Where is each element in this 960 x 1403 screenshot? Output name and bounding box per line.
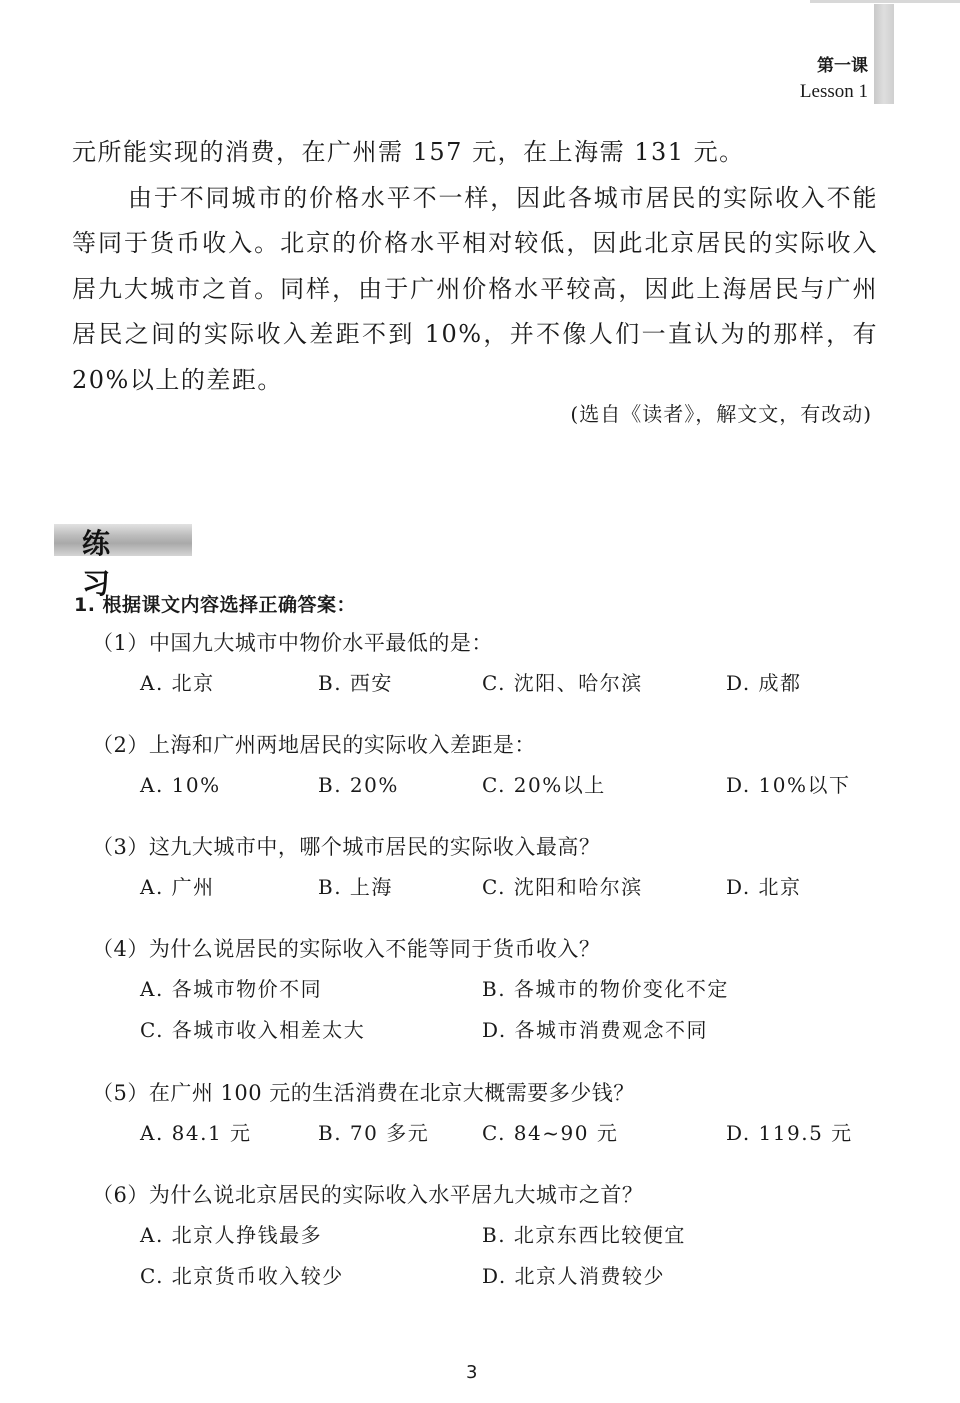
question-stem: （5）在广州 100 元的生活消费在北京大概需要多少钱？ (92, 1078, 882, 1108)
option-list: A. 84.1 元 B. 70 多元 C. 84~90 元 D. 119.5 元 (92, 1108, 882, 1148)
passage-paragraph: 由于不同城市的价格水平不一样，因此各城市居民的实际收入不能等同于货币收入。北京的… (72, 176, 878, 404)
option-a[interactable]: A. 北京 (140, 668, 215, 698)
source-citation: (选自《读者》，解文文，有改动) (570, 398, 872, 427)
top-edge-rule (810, 0, 960, 3)
option-b[interactable]: B. 上海 (318, 872, 393, 902)
option-list: A. 北京 B. 西安 C. 沈阳、哈尔滨 D. 成都 (92, 658, 882, 698)
question-stem: （1）中国九大城市中物价水平最低的是： (92, 628, 882, 658)
option-c[interactable]: C. 84~90 元 (482, 1118, 618, 1148)
option-a[interactable]: A. 广州 (140, 872, 215, 902)
exercise-section-heading: 练习 (54, 524, 192, 556)
option-d[interactable]: D. 北京人消费较少 (482, 1261, 665, 1291)
option-d[interactable]: D. 119.5 元 (726, 1118, 853, 1148)
question-1: （1）中国九大城市中物价水平最低的是： A. 北京 B. 西安 C. 沈阳、哈尔… (92, 628, 882, 698)
passage-paragraph: 元所能实现的消费，在广州需 157 元，在上海需 131 元。 (72, 130, 878, 176)
question-6: （6）为什么说北京居民的实际收入水平居九大城市之首？ A. 北京人挣钱最多 B.… (92, 1180, 882, 1290)
option-d[interactable]: D. 各城市消费观念不同 (482, 1015, 708, 1045)
option-c[interactable]: C. 沈阳和哈尔滨 (482, 872, 643, 902)
option-list: A. 广州 B. 上海 C. 沈阳和哈尔滨 D. 北京 (92, 862, 882, 902)
option-a[interactable]: A. 北京人挣钱最多 (140, 1220, 322, 1250)
option-c[interactable]: C. 20%以上 (482, 770, 606, 800)
option-b[interactable]: B. 70 多元 (318, 1118, 429, 1148)
exercise-instruction: 1. 根据课文内容选择正确答案： (74, 590, 356, 617)
lesson-title-en: Lesson 1 (800, 78, 868, 106)
option-d[interactable]: D. 10%以下 (726, 770, 851, 800)
chapter-thumb-tab (874, 4, 894, 104)
option-b[interactable]: B. 各城市的物价变化不定 (482, 974, 729, 1004)
page-number: 3 (466, 1362, 477, 1383)
question-2: （2）上海和广州两地居民的实际收入差距是： A. 10% B. 20% C. 2… (92, 730, 882, 800)
question-4: （4）为什么说居民的实际收入不能等同于货币收入？ A. 各城市物价不同 B. 各… (92, 934, 882, 1044)
lesson-title-cn: 第一课 (800, 54, 868, 78)
option-a[interactable]: A. 各城市物价不同 (140, 974, 322, 1004)
option-c[interactable]: C. 沈阳、哈尔滨 (482, 668, 643, 698)
question-stem: （2）上海和广州两地居民的实际收入差距是： (92, 730, 882, 760)
option-b[interactable]: B. 20% (318, 770, 399, 800)
option-list: A. 10% B. 20% C. 20%以上 D. 10%以下 (92, 760, 882, 800)
option-b[interactable]: B. 北京东西比较便宜 (482, 1220, 686, 1250)
option-d[interactable]: D. 成都 (726, 668, 802, 698)
option-d[interactable]: D. 北京 (726, 872, 802, 902)
reading-passage: 元所能实现的消费，在广州需 157 元，在上海需 131 元。 由于不同城市的价… (72, 130, 878, 403)
question-stem: （6）为什么说北京居民的实际收入水平居九大城市之首？ (92, 1180, 882, 1210)
option-list: A. 北京人挣钱最多 B. 北京东西比较便宜 C. 北京货币收入较少 D. 北京… (92, 1210, 882, 1290)
option-list: A. 各城市物价不同 B. 各城市的物价变化不定 C. 各城市收入相差太大 D.… (92, 964, 882, 1044)
question-stem: （4）为什么说居民的实际收入不能等同于货币收入？ (92, 934, 882, 964)
option-a[interactable]: A. 10% (140, 770, 221, 800)
question-5: （5）在广州 100 元的生活消费在北京大概需要多少钱？ A. 84.1 元 B… (92, 1078, 882, 1148)
option-c[interactable]: C. 北京货币收入较少 (140, 1261, 344, 1291)
option-b[interactable]: B. 西安 (318, 668, 393, 698)
question-stem: （3）这九大城市中，哪个城市居民的实际收入最高？ (92, 832, 882, 862)
option-a[interactable]: A. 84.1 元 (140, 1118, 252, 1148)
option-c[interactable]: C. 各城市收入相差太大 (140, 1015, 365, 1045)
question-3: （3）这九大城市中，哪个城市居民的实际收入最高？ A. 广州 B. 上海 C. … (92, 832, 882, 902)
running-head: 第一课 Lesson 1 (800, 54, 868, 106)
